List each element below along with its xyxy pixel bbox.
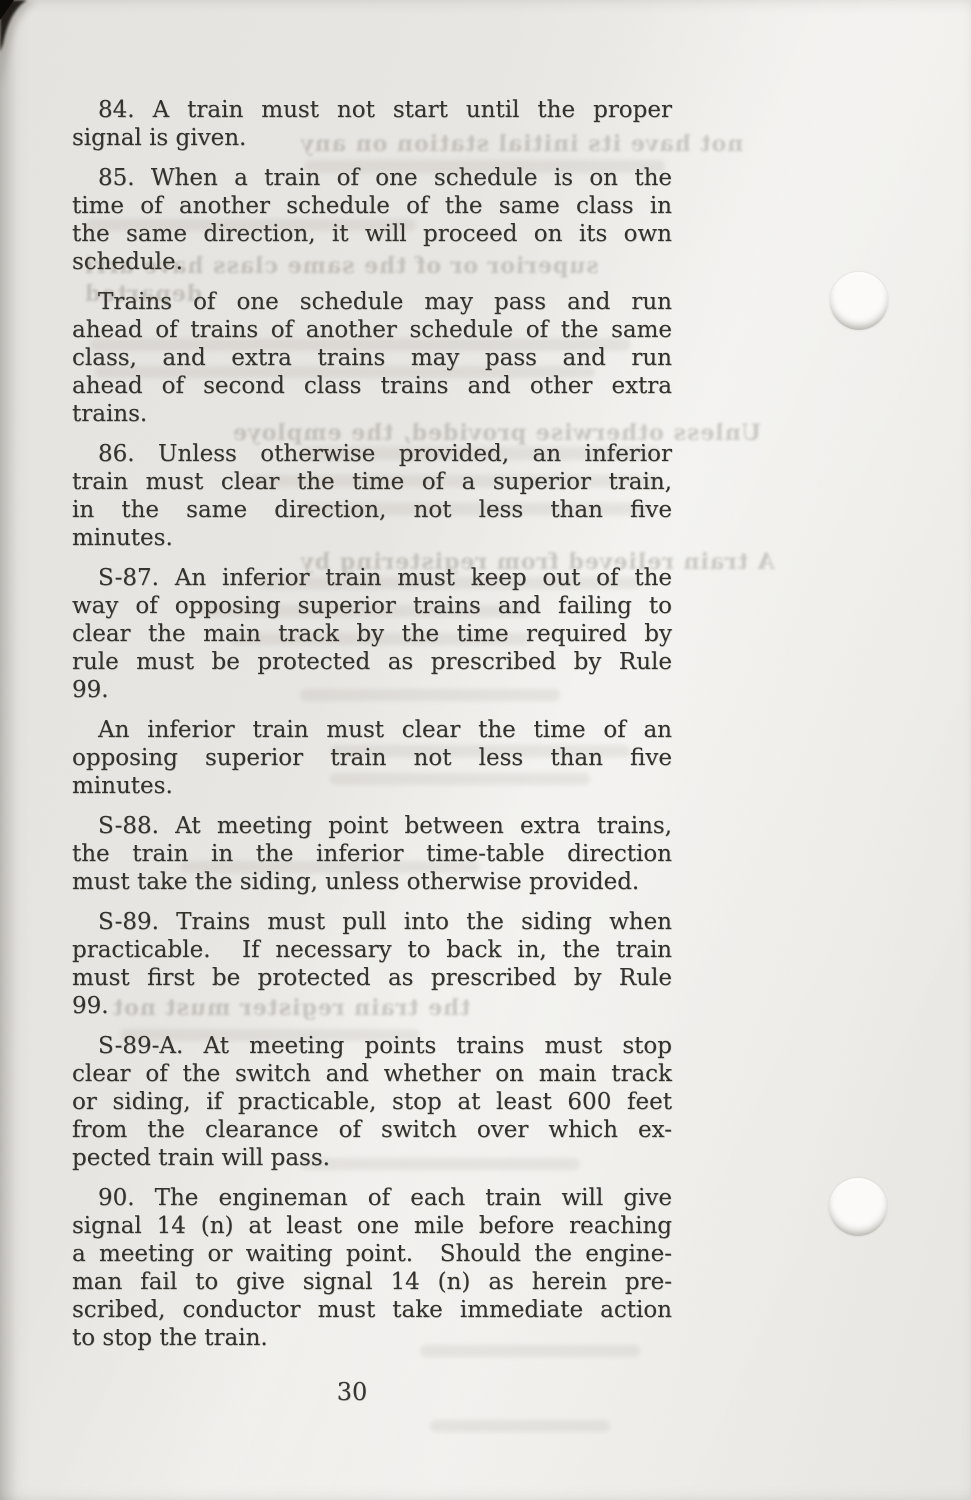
text-line: must take the siding, unless otherwise p…	[72, 868, 672, 896]
text-line: S-88. At meeting point between extra tra…	[72, 812, 672, 840]
rule-90-paragraph: 90. The engineman of each train will giv…	[72, 1184, 672, 1352]
text-line: or siding, if practicable, stop at least…	[72, 1088, 672, 1116]
text-line: train must clear the time of a superior …	[72, 468, 672, 496]
text-line: ahead of trains of another schedule of t…	[72, 316, 672, 344]
rule-s-87-paragraph: S-87. An inferior train must keep out of…	[72, 564, 672, 704]
rule-85-note-paragraph: Trains of one schedule may pass and runa…	[72, 288, 672, 428]
text-line: signal is given.	[72, 124, 672, 152]
text-line: the train in the inferior time-table dir…	[72, 840, 672, 868]
text-line: trains.	[72, 400, 672, 428]
text-line: must first be protected as prescribed by…	[72, 964, 672, 992]
text-line: man fail to give signal 14 (n) as herein…	[72, 1268, 672, 1296]
text-line: scribed, conductor must take immediate a…	[72, 1296, 672, 1324]
ghost-smudge	[430, 1420, 610, 1432]
page-number: 30	[52, 1378, 652, 1406]
scanned-rulebook-page: not have its initial station on anysuper…	[0, 0, 971, 1500]
rule-86-paragraph: 86. Unless otherwise provided, an inferi…	[72, 440, 672, 552]
text-line: ahead of second class trains and other e…	[72, 372, 672, 400]
text-line: S-89. Trains must pull into the siding w…	[72, 908, 672, 936]
text-line: minutes.	[72, 524, 672, 552]
text-line: 90. The engineman of each train will giv…	[72, 1184, 672, 1212]
text-line: rule must be protected as prescribed by …	[72, 648, 672, 676]
rule-s-87-note-paragraph: An inferior train must clear the time of…	[72, 716, 672, 800]
text-line: from the clearance of switch over which …	[72, 1116, 672, 1144]
corner-curl-artifact	[0, 0, 70, 130]
text-line: opposing superior train not less than fi…	[72, 744, 672, 772]
text-line: way of opposing superior trains and fail…	[72, 592, 672, 620]
text-line: 99.	[72, 992, 672, 1020]
text-line: signal 14 (n) at least one mile before r…	[72, 1212, 672, 1240]
left-scan-edge-shadow	[0, 0, 18, 1500]
text-line: schedule.	[72, 248, 672, 276]
text-line: a meeting or waiting point. Should the e…	[72, 1240, 672, 1268]
text-line: 86. Unless otherwise provided, an inferi…	[72, 440, 672, 468]
text-line: clear of the switch and whether on main …	[72, 1060, 672, 1088]
text-line: 99.	[72, 676, 672, 704]
text-line: An inferior train must clear the time of…	[72, 716, 672, 744]
text-line: the same direction, it will proceed on i…	[72, 220, 672, 248]
text-line: 85. When a train of one schedule is on t…	[72, 164, 672, 192]
rule-s-88-paragraph: S-88. At meeting point between extra tra…	[72, 812, 672, 896]
rules-text-column: 84. A train must not start until the pro…	[72, 96, 672, 1364]
text-line: 84. A train must not start until the pro…	[72, 96, 672, 124]
text-line: class, and extra trains may pass and run	[72, 344, 672, 372]
text-line: in the same direction, not less than fiv…	[72, 496, 672, 524]
rule-s-89-paragraph: S-89. Trains must pull into the siding w…	[72, 908, 672, 1020]
text-line: clear the main track by the time require…	[72, 620, 672, 648]
rule-s-89-a-paragraph: S-89-A. At meeting points trains must st…	[72, 1032, 672, 1172]
text-line: to stop the train.	[72, 1324, 672, 1352]
text-line: Trains of one schedule may pass and run	[72, 288, 672, 316]
text-line: pected train will pass.	[72, 1144, 672, 1172]
text-line: S-87. An inferior train must keep out of…	[72, 564, 672, 592]
text-line: S-89-A. At meeting points trains must st…	[72, 1032, 672, 1060]
text-line: minutes.	[72, 772, 672, 800]
rule-85-paragraph: 85. When a train of one schedule is on t…	[72, 164, 672, 276]
text-line: practicable. If necessary to back in, th…	[72, 936, 672, 964]
punch-hole-bottom	[829, 1178, 887, 1236]
text-line: time of another schedule of the same cla…	[72, 192, 672, 220]
punch-hole-top	[830, 272, 888, 330]
rule-84-paragraph: 84. A train must not start until the pro…	[72, 96, 672, 152]
